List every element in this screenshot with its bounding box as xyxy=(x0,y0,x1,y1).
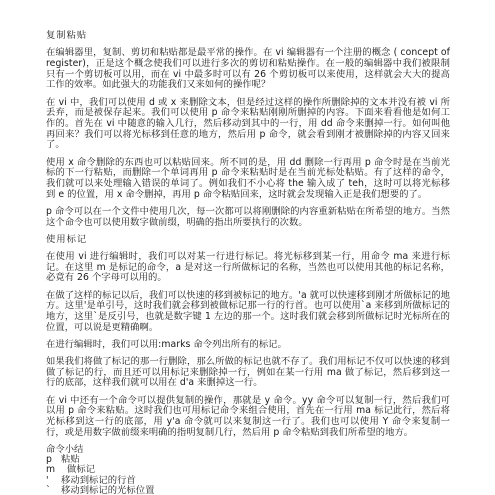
paragraph: 在进行编辑时，我们可以用:marks 命令列出所有的标记。 xyxy=(46,340,450,351)
section-title-copy-paste: 复制粘贴 xyxy=(46,31,450,42)
summary-row: ` 移动到标记的光标位置 xyxy=(46,486,450,495)
summary-row: p 粘贴 xyxy=(46,455,450,465)
paragraph: 在做了这样的标记以后，我们可以快速的移到被标记的地方。'a 就可以快速移到刚才所… xyxy=(46,291,450,334)
paragraph: 如果我们将做了标记的那一行删除，那么所做的标记也就不存了。我们用标记不仅可以快速… xyxy=(46,357,450,389)
paragraph: p 命令可以在一个文件中使用几次，每一次都可以将刚删除的内容重新粘贴在所希望的地… xyxy=(46,207,450,228)
command-key: ` xyxy=(46,486,61,495)
paragraph: 在编辑器里，复制、剪切和粘贴都是最平常的操作。在 vi 编辑器有一个注册的概念 … xyxy=(46,48,450,91)
summary-title: 命令小结 xyxy=(46,445,450,455)
command-desc: 移动到标记的光标位置 xyxy=(61,486,154,495)
paragraph: 使用 x 命令删除的东西也可以粘贴回来。所不同的是，用 dd 删除一行再用 p … xyxy=(46,158,450,201)
paragraph: 在 vi 中，我们可以使用 d 或 x 来删除文本，但是经过这样的操作所删除掉的… xyxy=(46,98,450,152)
paragraph: 在使用 vi 进行编辑时，我们可以对某一行进行标记。将光标移到某一行，用命令 m… xyxy=(46,252,450,284)
command-summary: 命令小结 p 粘贴 m 做标记 ' 移动到标记的行首 ` 移动到标记的光标位置 xyxy=(46,445,450,495)
section-title-marks: 使用标记 xyxy=(46,235,450,246)
paragraph: 在 vi 中还有一个命令可以提供复制的操作，那就是 y 命令。yy 命令可以复制… xyxy=(46,396,450,439)
document-page: 复制粘贴 在编辑器里，复制、剪切和粘贴都是最平常的操作。在 vi 编辑器有一个注… xyxy=(46,31,450,495)
